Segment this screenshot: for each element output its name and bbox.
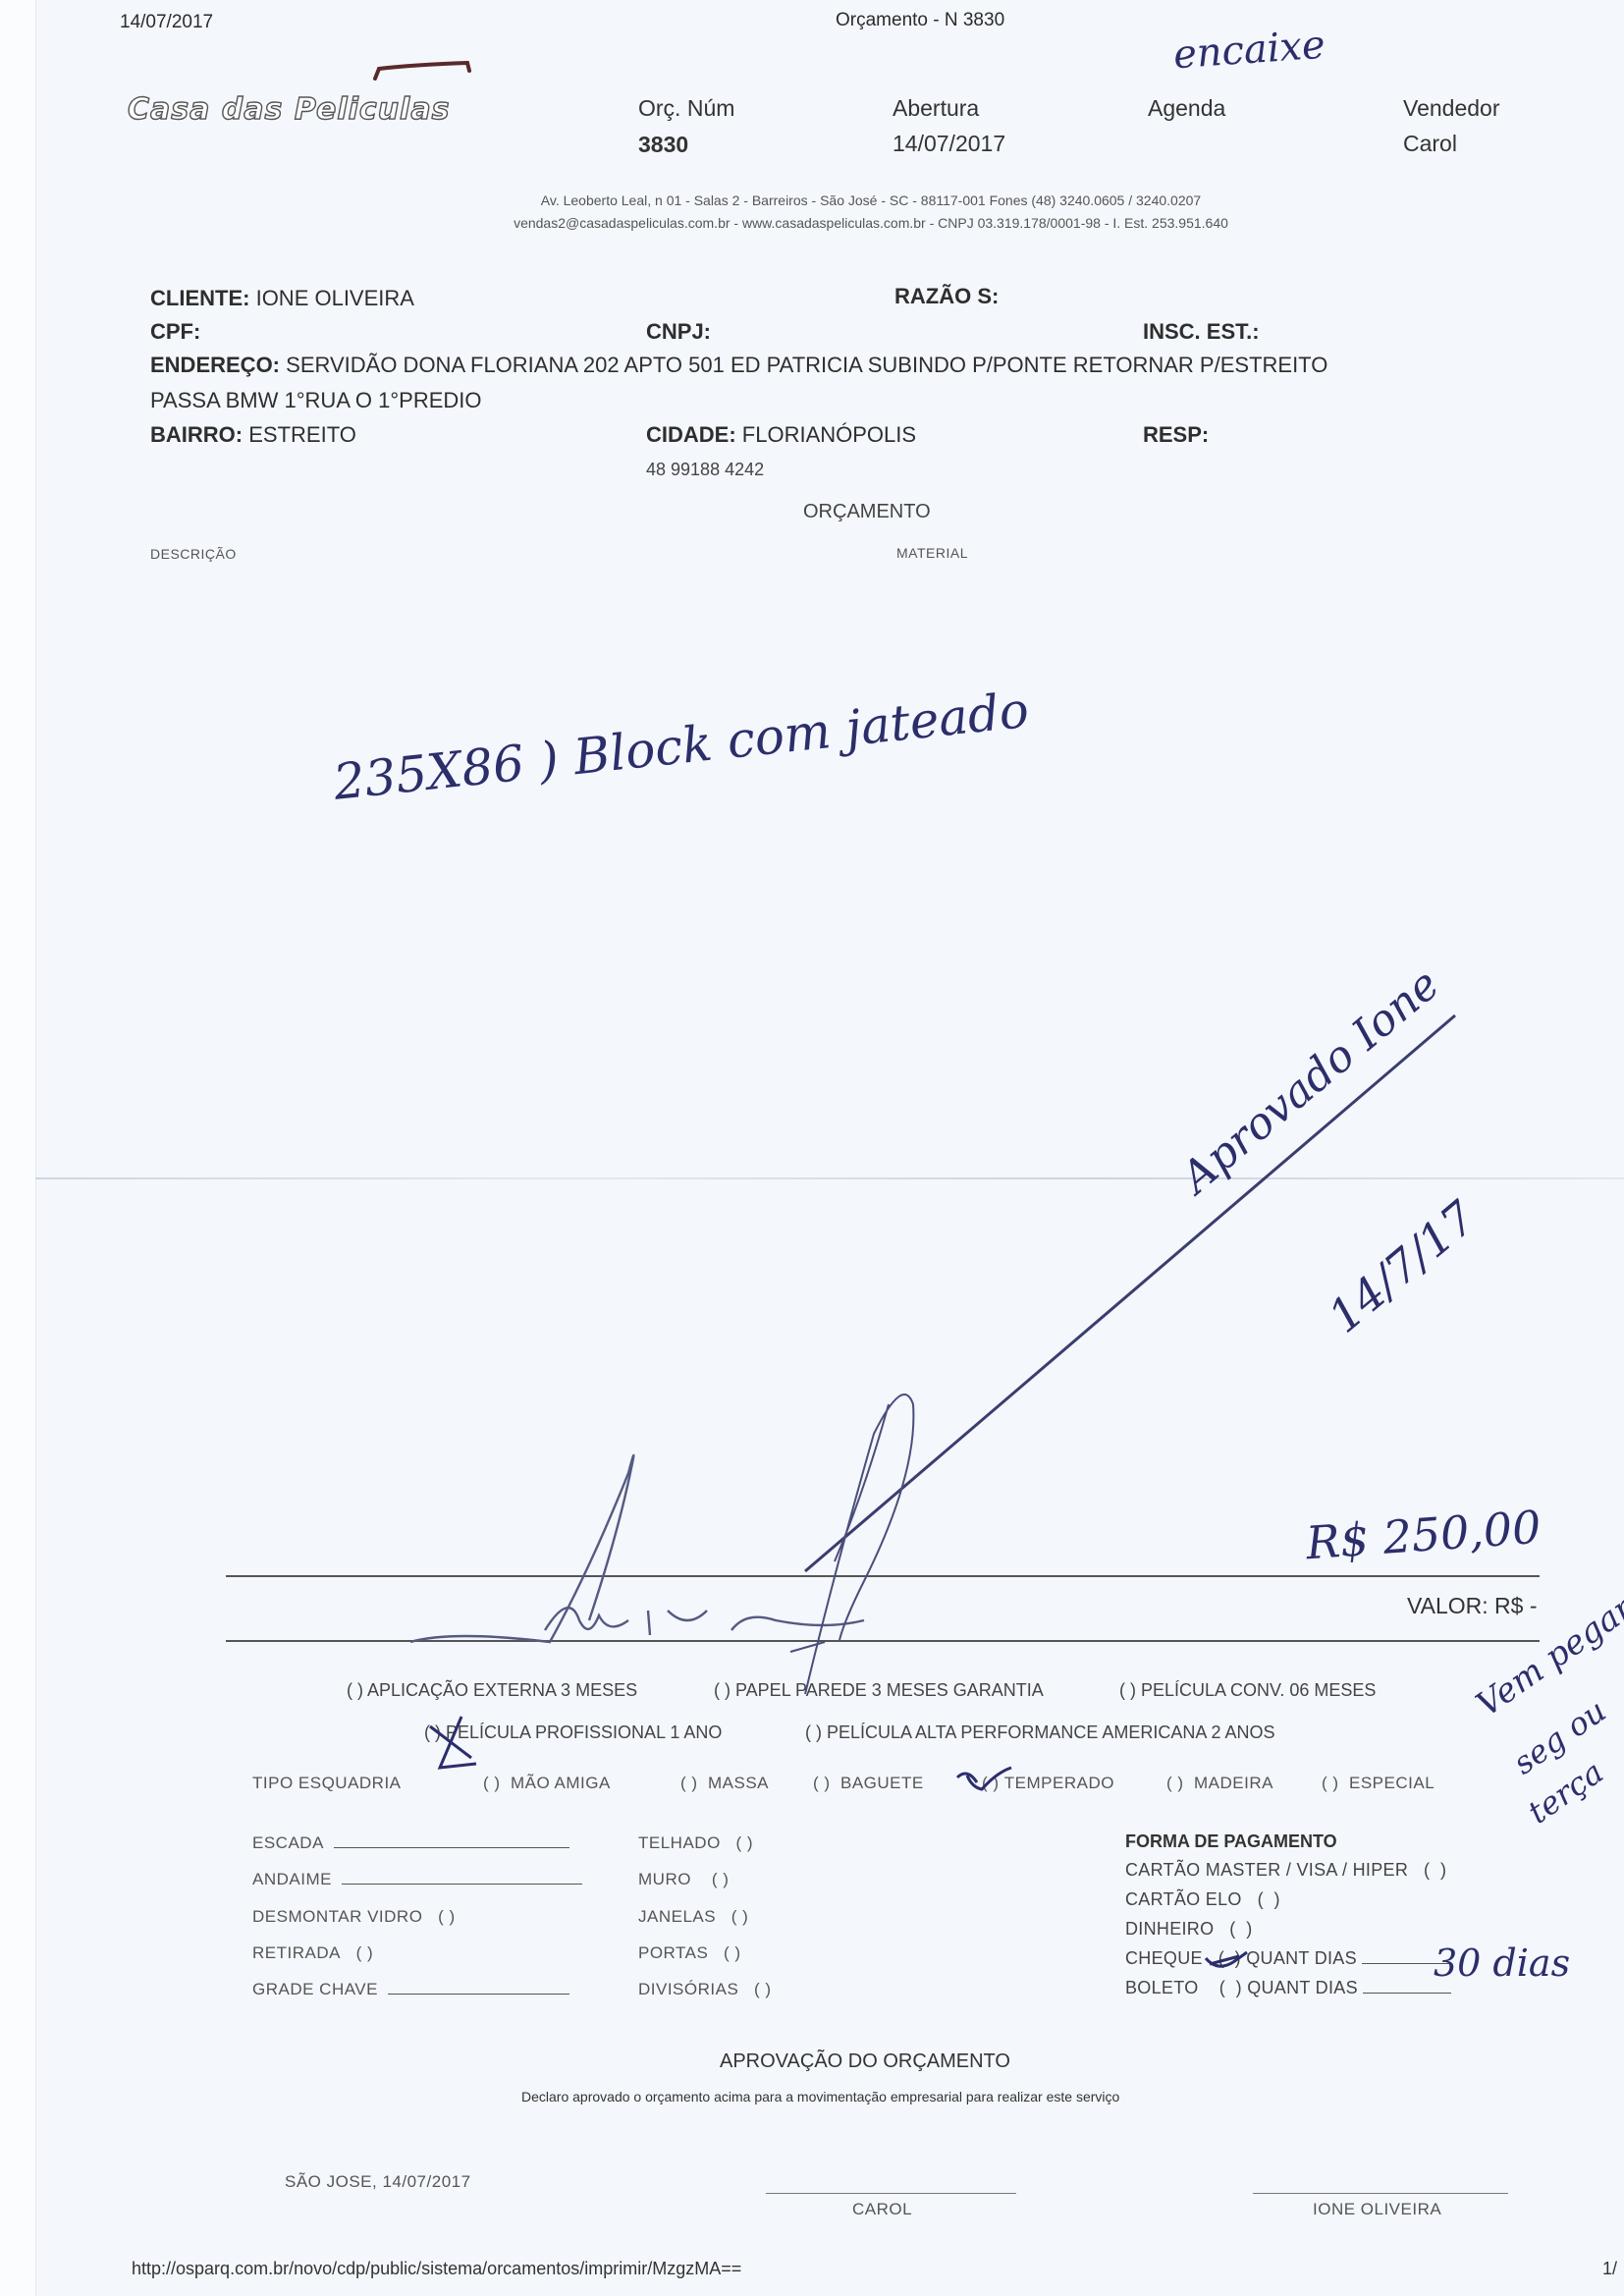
seller-signature <box>790 1394 913 1694</box>
ink-strokes <box>0 0 1624 2296</box>
check-cheque-icon <box>1206 1952 1247 1966</box>
check-profissional-x-icon <box>430 1717 476 1768</box>
client-signature <box>410 1455 864 1642</box>
pen-mark <box>375 63 469 79</box>
check-temperado-icon <box>957 1768 1011 1789</box>
